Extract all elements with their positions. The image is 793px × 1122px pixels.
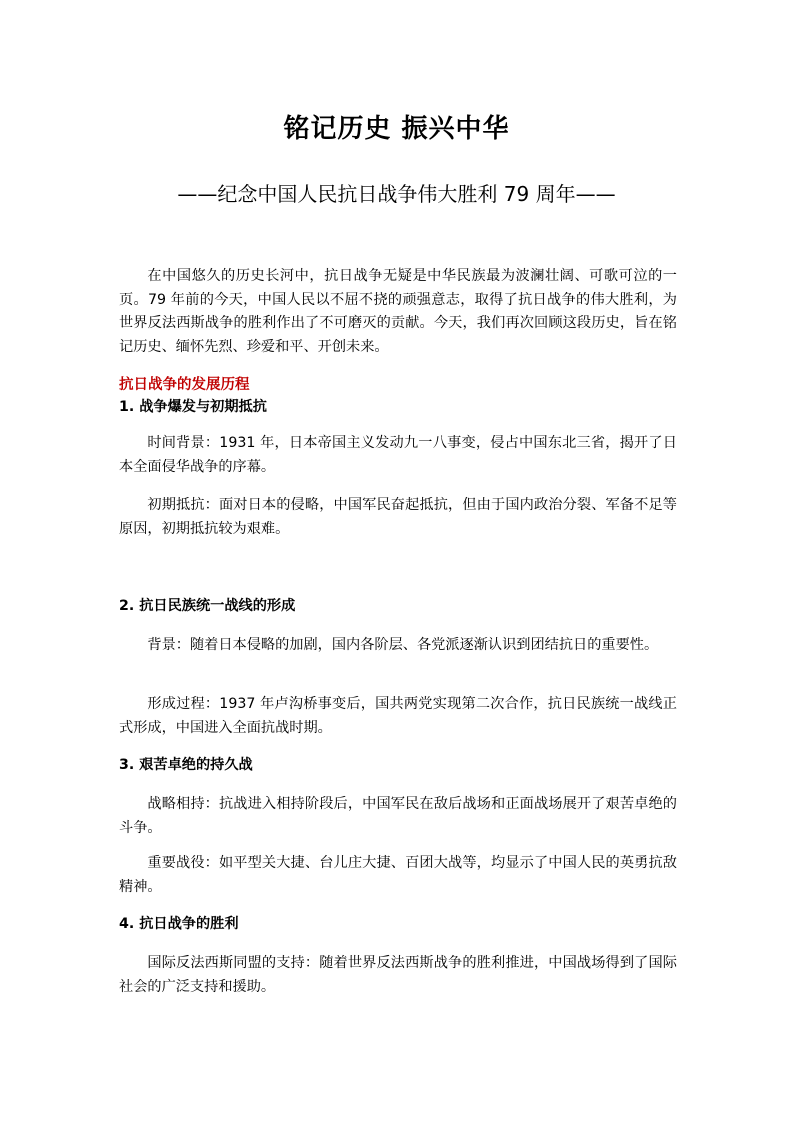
section-block-1: 抗日战争的发展历程 1. 战争爆发与初期抵抗 xyxy=(119,374,677,418)
section-3-para-1: 战略相持：抗战进入相持阶段后，中国军民在敌后战场和正面战场展开了艰苦卓绝的斗争。 xyxy=(119,793,677,840)
section-4-heading-block: 4. 抗日战争的胜利 xyxy=(119,913,677,935)
paragraph: 背景：随着日本侵略的加剧，国内各阶层、各党派逐渐认识到团结抗日的重要性。 xyxy=(119,634,677,658)
intro-paragraph: 在中国悠久的历史长河中，抗日战争无疑是中华民族最为波澜壮阔、可歌可泣的一页。79… xyxy=(119,265,677,359)
section-3-para-2: 重要战役：如平型关大捷、台儿庄大捷、百团大战等，均显示了中国人民的英勇抗敌精神。 xyxy=(119,852,677,899)
sub-heading-4: 4. 抗日战争的胜利 xyxy=(119,913,677,935)
section-title: 抗日战争的发展历程 xyxy=(119,374,677,396)
section-3-heading-block: 3. 艰苦卓绝的持久战 xyxy=(119,754,677,776)
intro-block: 在中国悠久的历史长河中，抗日战争无疑是中华民族最为波澜壮阔、可歌可泣的一页。79… xyxy=(119,265,677,359)
section-2-heading-block: 2. 抗日民族统一战线的形成 xyxy=(119,595,677,617)
document-subtitle: ——纪念中国人民抗日战争伟大胜利 79 周年—— xyxy=(0,180,793,208)
sub-heading-1: 1. 战争爆发与初期抵抗 xyxy=(119,396,677,418)
sub-heading-3: 3. 艰苦卓绝的持久战 xyxy=(119,754,677,776)
document-page: 铭记历史 振兴中华 ——纪念中国人民抗日战争伟大胜利 79 周年—— 在中国悠久… xyxy=(0,0,793,1122)
section-2-para-1: 背景：随着日本侵略的加剧，国内各阶层、各党派逐渐认识到团结抗日的重要性。 xyxy=(119,634,677,658)
paragraph: 战略相持：抗战进入相持阶段后，中国军民在敌后战场和正面战场展开了艰苦卓绝的斗争。 xyxy=(119,793,677,840)
section-1-para-2: 初期抵抗：面对日本的侵略，中国军民奋起抵抗，但由于国内政治分裂、军备不足等原因，… xyxy=(119,494,677,541)
paragraph: 重要战役：如平型关大捷、台儿庄大捷、百团大战等，均显示了中国人民的英勇抗敌精神。 xyxy=(119,852,677,899)
paragraph: 国际反法西斯同盟的支持：随着世界反法西斯战争的胜利推进，中国战场得到了国际社会的… xyxy=(119,952,677,999)
sub-heading-2: 2. 抗日民族统一战线的形成 xyxy=(119,595,677,617)
section-2-para-2: 形成过程：1937 年卢沟桥事变后，国共两党实现第二次合作，抗日民族统一战线正式… xyxy=(119,693,677,740)
paragraph: 形成过程：1937 年卢沟桥事变后，国共两党实现第二次合作，抗日民族统一战线正式… xyxy=(119,693,677,740)
section-4-para-1: 国际反法西斯同盟的支持：随着世界反法西斯战争的胜利推进，中国战场得到了国际社会的… xyxy=(119,952,677,999)
paragraph: 时间背景：1931 年，日本帝国主义发动九一八事变，侵占中国东北三省，揭开了日本… xyxy=(119,432,677,479)
section-1-para-1: 时间背景：1931 年，日本帝国主义发动九一八事变，侵占中国东北三省，揭开了日本… xyxy=(119,432,677,479)
paragraph: 初期抵抗：面对日本的侵略，中国军民奋起抵抗，但由于国内政治分裂、军备不足等原因，… xyxy=(119,494,677,541)
document-title: 铭记历史 振兴中华 xyxy=(0,112,793,146)
